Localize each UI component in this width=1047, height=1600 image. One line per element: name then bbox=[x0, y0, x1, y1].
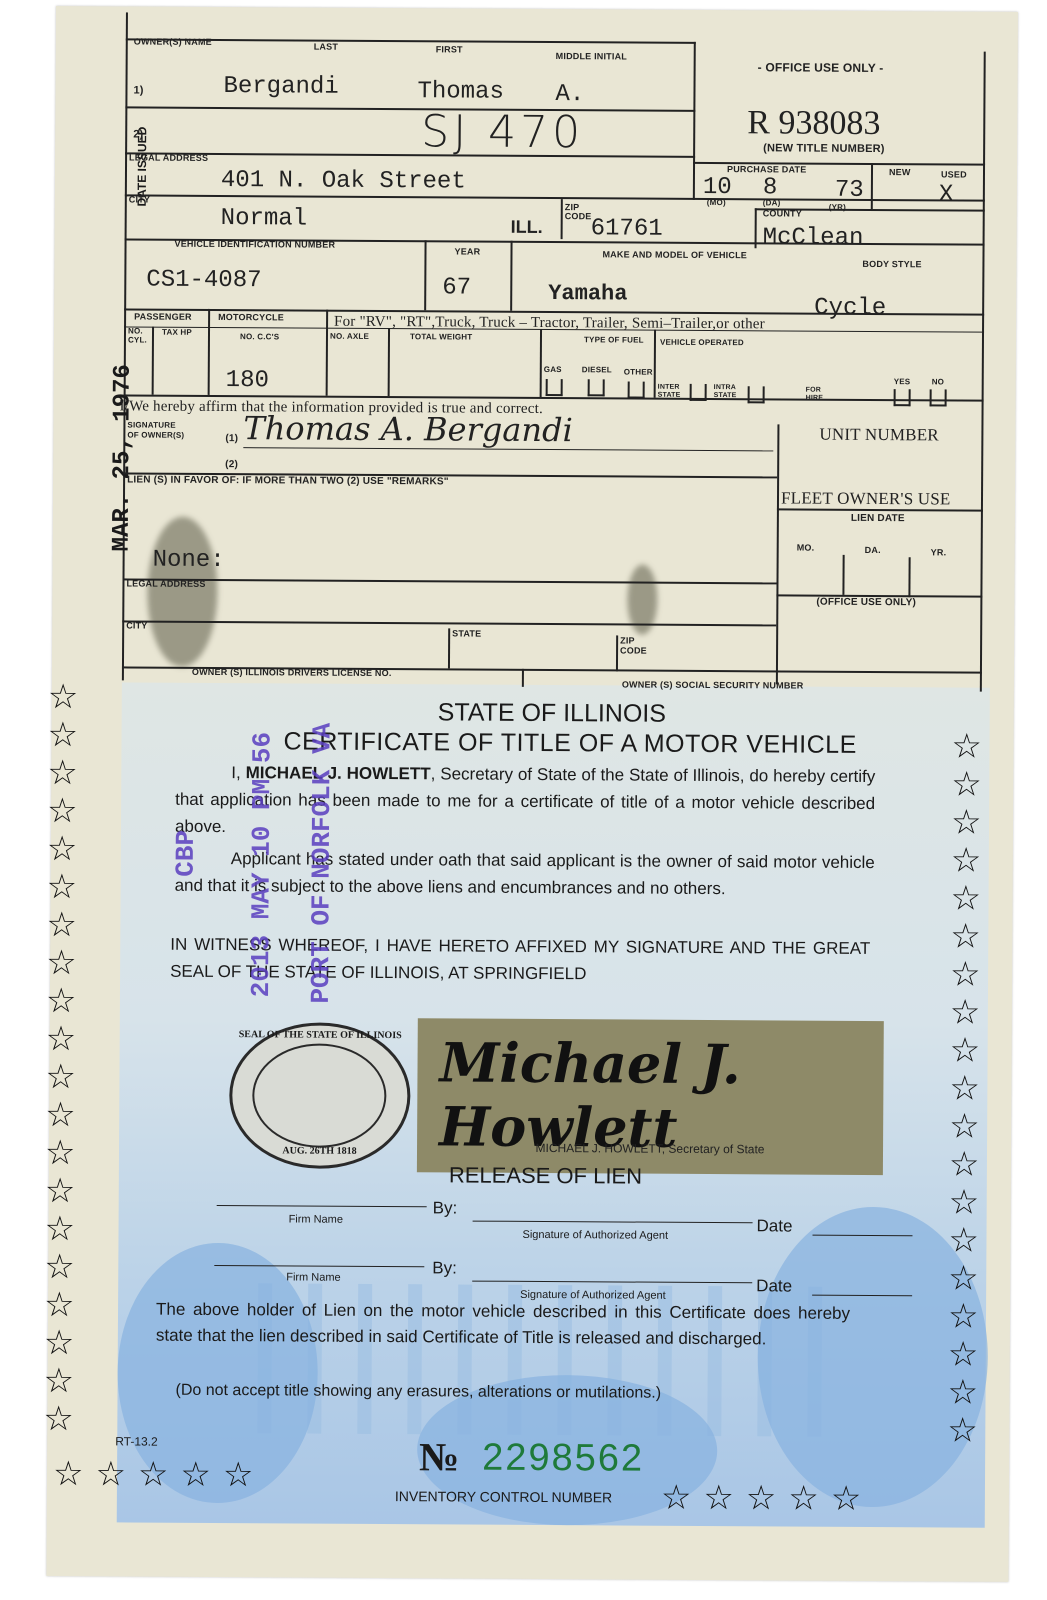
ink-smudge bbox=[147, 517, 218, 667]
release-warning: (Do not accept title showing any erasure… bbox=[175, 1377, 855, 1408]
city-label: CITY bbox=[129, 194, 150, 204]
star-icon: ☆ bbox=[703, 1478, 746, 1518]
for-hire-no-checkbox[interactable] bbox=[930, 389, 947, 406]
star-icon: ☆ bbox=[45, 1134, 76, 1172]
last-name-label: LAST bbox=[314, 42, 338, 52]
rule bbox=[448, 628, 450, 668]
star-icon: ☆ bbox=[746, 1478, 789, 1518]
fuel-other-label: OTHER bbox=[624, 367, 653, 376]
rule bbox=[871, 163, 873, 209]
unit-number-label: UNIT NUMBER bbox=[819, 425, 939, 446]
motorcycle-label: MOTORCYCLE bbox=[218, 312, 284, 322]
owner-line1-number: 1) bbox=[133, 84, 143, 96]
owner-signature: Thomas A. Bergandi bbox=[243, 409, 573, 449]
release-of-lien-title: RELEASE OF LIEN bbox=[449, 1162, 642, 1189]
rule bbox=[388, 328, 390, 396]
star-icon: ☆ bbox=[46, 906, 77, 944]
secretary-signature-panel: Michael J. Howlett MICHAEL J. HOWLETT, S… bbox=[417, 1018, 884, 1175]
owner-first-name: Thomas bbox=[417, 78, 504, 106]
star-icon: ☆ bbox=[661, 1478, 704, 1518]
star-icon: ☆ bbox=[948, 1221, 979, 1259]
lien-legal-address-label: LEGAL ADDRESS bbox=[126, 578, 205, 588]
firm-name-label-2: Firm Name bbox=[286, 1271, 340, 1283]
lien-in-favor-label: LIEN (S) IN FAVOR OF: IF MORE THAN TWO (… bbox=[127, 474, 449, 487]
county-label: COUNTY bbox=[763, 208, 802, 218]
inventory-control-label: INVENTORY CONTROL NUMBER bbox=[395, 1488, 612, 1505]
rule bbox=[540, 329, 542, 397]
para1-lead: I, bbox=[231, 763, 245, 782]
star-icon: ☆ bbox=[948, 1297, 979, 1335]
rule bbox=[243, 447, 773, 451]
date-issued-value: MAR. 25, 1976 bbox=[109, 364, 137, 551]
no-label: NO bbox=[932, 377, 944, 386]
make-model-label: MAKE AND MODEL OF VEHICLE bbox=[602, 249, 747, 260]
illinois-state-seal: SEAL OF THE STATE OF ILLINOIS AUG. 26TH … bbox=[229, 1022, 411, 1169]
lien-office-use-label: (OFFICE USE ONLY) bbox=[816, 597, 916, 609]
certificate-paragraph-1: I, MICHAEL J. HOWLETT, Secretary of Stat… bbox=[175, 759, 875, 844]
star-icon: ☆ bbox=[44, 1324, 75, 1362]
fleet-owners-use-label: FLEET OWNER'S USE bbox=[781, 488, 951, 509]
new-title-number-label: (NEW TITLE NUMBER) bbox=[763, 142, 885, 155]
star-icon: ☆ bbox=[47, 754, 78, 792]
star-icon: ☆ bbox=[831, 1479, 874, 1519]
seal-top-text: SEAL OF THE STATE OF ILLINOIS bbox=[233, 1029, 408, 1041]
star-icon: ☆ bbox=[950, 993, 981, 1031]
star-icon: ☆ bbox=[43, 1400, 74, 1438]
rule bbox=[326, 310, 329, 396]
seal-bottom-text: AUG. 26TH 1818 bbox=[232, 1145, 407, 1157]
owner-zip: 61761 bbox=[591, 215, 663, 242]
rule bbox=[510, 241, 512, 311]
star-icon: ☆ bbox=[53, 1454, 96, 1494]
star-icon: ☆ bbox=[949, 1145, 980, 1183]
rule bbox=[777, 508, 983, 511]
star-icon: ☆ bbox=[46, 1020, 77, 1058]
rule bbox=[908, 557, 910, 597]
fuel-type-label: TYPE OF FUEL bbox=[584, 335, 644, 344]
owner-address: 401 N. Oak Street bbox=[221, 167, 466, 195]
signature-2-number: (2) bbox=[225, 459, 238, 470]
lien-date-label: LIEN DATE bbox=[851, 513, 905, 524]
port-of-norfolk-stamp: PORT OF NORFOLK VA bbox=[306, 723, 338, 1004]
rule bbox=[561, 199, 563, 239]
no-axle-label: NO. AXLE bbox=[330, 332, 369, 341]
rule bbox=[654, 330, 656, 398]
star-icon: ☆ bbox=[949, 1069, 980, 1107]
star-icon: ☆ bbox=[948, 1335, 979, 1373]
bottom-left-star-border: ☆☆☆☆☆ bbox=[53, 1454, 266, 1495]
owner-middle-initial: A. bbox=[555, 81, 584, 108]
signature-of-owners-label: SIGNATURE OF OWNER(S) bbox=[127, 420, 187, 440]
no-cyl-label: NO. CYL. bbox=[128, 326, 152, 344]
secretary-caption: MICHAEL J. HOWLETT, Secretary of State bbox=[417, 1140, 883, 1157]
passenger-label: PASSENGER bbox=[134, 311, 192, 321]
ssn-label: OWNER (S) SOCIAL SECURITY NUMBER bbox=[622, 679, 804, 690]
star-icon: ☆ bbox=[45, 1172, 76, 1210]
star-icon: ☆ bbox=[951, 841, 982, 879]
star-icon: ☆ bbox=[46, 982, 77, 1020]
star-icon: ☆ bbox=[947, 1411, 978, 1449]
purchase-year: 73 bbox=[835, 177, 864, 204]
date-received-stamp: 2013 MAY 10 PM 56 bbox=[246, 732, 278, 997]
star-icon: ☆ bbox=[951, 803, 982, 841]
lien-state-label: STATE bbox=[452, 628, 481, 638]
star-icon: ☆ bbox=[947, 1373, 978, 1411]
body-style-label: BODY STYLE bbox=[862, 259, 921, 269]
office-use-label: - OFFICE USE ONLY - bbox=[758, 60, 884, 75]
body-style-value: Cycle bbox=[814, 295, 886, 322]
star-icon: ☆ bbox=[45, 1058, 76, 1096]
star-icon: ☆ bbox=[950, 879, 981, 917]
rule bbox=[522, 669, 524, 687]
mo-label: (MO) bbox=[707, 198, 726, 207]
star-icon: ☆ bbox=[45, 1096, 76, 1134]
rule bbox=[693, 42, 696, 200]
star-icon: ☆ bbox=[949, 1183, 980, 1221]
by-label-1: By: bbox=[433, 1198, 458, 1218]
purchase-date-label: PURCHASE DATE bbox=[727, 164, 807, 174]
year-value: 67 bbox=[442, 274, 471, 301]
owner-last-name: Bergandi bbox=[223, 73, 338, 101]
da-label: (DA) bbox=[763, 198, 781, 207]
vin-value: CS1-4087 bbox=[146, 267, 261, 295]
title-certificate-paper: DATE ISSUED MAR. 25, 1976 OWNER(S) NAME … bbox=[46, 6, 1018, 1582]
lien-holder-value: None: bbox=[153, 547, 225, 574]
owner-line2-number: 2) bbox=[133, 128, 143, 140]
intrastate-checkbox[interactable] bbox=[748, 386, 765, 403]
rule bbox=[122, 578, 776, 584]
county-value: McClean bbox=[763, 224, 864, 252]
star-icon: ☆ bbox=[949, 1107, 980, 1145]
rule bbox=[125, 106, 695, 111]
drivers-license-label: OWNER (S) ILLINOIS DRIVERS LICENSE NO. bbox=[192, 667, 392, 678]
handwritten-note: SJ 470 bbox=[421, 106, 584, 158]
star-icon: ☆ bbox=[48, 678, 79, 716]
certificate-state-title: STATE OF ILLINOIS bbox=[438, 698, 666, 728]
fuel-diesel-label: DIESEL bbox=[582, 365, 612, 374]
by-label-2: By: bbox=[432, 1258, 457, 1278]
star-icon: ☆ bbox=[223, 1455, 266, 1495]
firm-name-label-1: Firm Name bbox=[289, 1213, 343, 1225]
no-ccs-value: 180 bbox=[226, 367, 269, 394]
rule bbox=[842, 555, 844, 595]
year-label: YEAR bbox=[454, 246, 480, 256]
seal-eagle-icon bbox=[252, 1043, 387, 1148]
signature-1-number: (1) bbox=[225, 433, 238, 444]
star-icon: ☆ bbox=[43, 1362, 74, 1400]
owner-state: ILL. bbox=[511, 217, 543, 238]
star-icon: ☆ bbox=[95, 1454, 138, 1494]
star-icon: ☆ bbox=[46, 944, 77, 982]
new-label: NEW bbox=[889, 167, 911, 177]
star-icon: ☆ bbox=[951, 727, 982, 765]
star-icon: ☆ bbox=[180, 1455, 223, 1495]
used-mark: X bbox=[939, 181, 954, 208]
star-icon: ☆ bbox=[951, 765, 982, 803]
total-weight-label: TOTAL WEIGHT bbox=[410, 332, 472, 341]
star-icon: ☆ bbox=[948, 1259, 979, 1297]
fuel-gas-checkbox[interactable] bbox=[546, 379, 563, 396]
vehicle-operated-label: VEHICLE OPERATED bbox=[660, 338, 744, 348]
certificate-main-title: CERTIFICATE OF TITLE OF A MOTOR VEHICLE bbox=[283, 727, 856, 760]
lien-day-label: DA. bbox=[865, 545, 881, 555]
date-label-2: Date bbox=[756, 1276, 792, 1296]
new-title-number: R 938083 bbox=[747, 104, 880, 143]
for-hire-yes-checkbox[interactable] bbox=[894, 389, 911, 406]
star-icon: ☆ bbox=[950, 1031, 981, 1069]
no-ccs-label: NO. C.C'S bbox=[240, 332, 279, 341]
fuel-diesel-checkbox[interactable] bbox=[588, 379, 605, 396]
rule bbox=[208, 309, 211, 395]
rule bbox=[424, 240, 426, 310]
star-icon: ☆ bbox=[950, 955, 981, 993]
yes-label: YES bbox=[894, 377, 911, 386]
rule bbox=[616, 635, 618, 671]
rule bbox=[152, 327, 154, 395]
legal-address-label: LEGAL ADDRESS bbox=[129, 152, 208, 162]
lien-year-label: YR. bbox=[931, 547, 947, 557]
star-icon: ☆ bbox=[47, 792, 78, 830]
left-star-border: ☆☆☆☆☆☆☆☆☆☆☆☆☆☆☆☆☆☆☆☆ bbox=[43, 678, 78, 1438]
star-icon: ☆ bbox=[138, 1455, 181, 1495]
star-icon: ☆ bbox=[47, 868, 78, 906]
lien-zip-label: ZIP CODE bbox=[620, 635, 650, 655]
lien-city-label: CITY bbox=[126, 620, 147, 630]
date-label-1: Date bbox=[756, 1216, 792, 1236]
right-star-border: ☆☆☆☆☆☆☆☆☆☆☆☆☆☆☆☆☆☆☆ bbox=[947, 727, 982, 1449]
vin-label: VEHICLE IDENTIFICATION NUMBER bbox=[175, 239, 336, 250]
owner-name-label: OWNER(S) NAME bbox=[134, 36, 212, 46]
rule bbox=[125, 152, 695, 157]
star-icon: ☆ bbox=[788, 1479, 831, 1519]
star-icon: ☆ bbox=[950, 917, 981, 955]
star-icon: ☆ bbox=[44, 1286, 75, 1324]
fuel-gas-label: GAS bbox=[544, 365, 562, 374]
release-statement: The above holder of Lien on the motor ve… bbox=[156, 1297, 850, 1353]
agent-signature-label-1: Signature of Authorized Agent bbox=[522, 1229, 668, 1242]
used-label: USED bbox=[941, 169, 967, 179]
bottom-right-star-border: ☆☆☆☆☆ bbox=[661, 1478, 874, 1519]
star-icon: ☆ bbox=[44, 1210, 75, 1248]
owner-city: Normal bbox=[221, 205, 308, 233]
inventory-control-number: 2298562 bbox=[482, 1437, 644, 1481]
cbp-stamp: CBP bbox=[171, 830, 201, 877]
star-icon: ☆ bbox=[47, 716, 78, 754]
middle-initial-label: MIDDLE INITIAL bbox=[556, 51, 627, 61]
lien-month-label: MO. bbox=[797, 543, 815, 553]
rule bbox=[122, 620, 776, 626]
rule bbox=[776, 424, 780, 684]
tax-hp-label: TAX HP bbox=[162, 328, 192, 337]
first-name-label: FIRST bbox=[436, 44, 463, 54]
star-icon: ☆ bbox=[47, 830, 78, 868]
star-icon: ☆ bbox=[44, 1248, 75, 1286]
certificate-paragraph-2: Applicant has stated under oath that sai… bbox=[175, 845, 875, 903]
form-code: RT-13.2 bbox=[115, 1434, 158, 1448]
fuel-other-checkbox[interactable] bbox=[628, 381, 645, 398]
make-model-value: Yamaha bbox=[548, 281, 627, 306]
number-sign: № bbox=[419, 1433, 459, 1480]
